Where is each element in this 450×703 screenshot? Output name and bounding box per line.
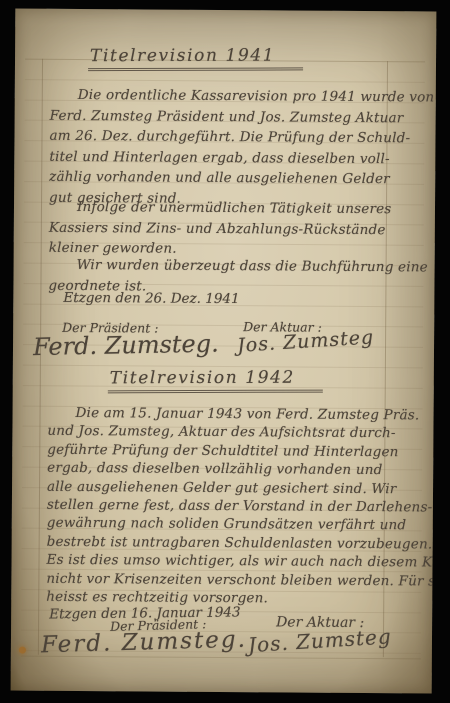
handwritten-line: Infolge der unermüdlichen Tätigkeit unse… <box>49 197 392 220</box>
section2-paragraph1: Die am 15. Januar 1943 von Ferd. Zumsteg… <box>46 404 436 609</box>
handwritten-line: Ferd. Zumsteg Präsident und Jos. Zumsteg… <box>50 105 435 128</box>
handwritten-line: Kassiers sind Zins- und Abzahlungs-Rücks… <box>49 217 392 240</box>
handwritten-line: Die ordentliche Kassarevision pro 1941 w… <box>50 85 435 108</box>
photo-background: { "colors":{ "background":"#040404", "pa… <box>0 0 450 703</box>
handwritten-line: am 26. Dez. durchgeführt. Die Prüfung de… <box>49 126 434 149</box>
document-page: Titelrevision 1941 Die ordentliche Kassa… <box>11 9 437 694</box>
handwritten-line: Es ist dies umso wichtiger, als wir auch… <box>46 551 436 572</box>
section1-paragraph1: Die ordentliche Kassarevision pro 1941 w… <box>49 85 434 211</box>
section1-dateline: Etzgen den 26. Dez. 1941 <box>63 290 239 307</box>
ink-stain <box>19 647 26 654</box>
section1-heading: Titelrevision 1941 <box>88 45 303 71</box>
handwritten-line: zählig vorhanden und alle ausgeliehenen … <box>49 167 434 190</box>
section1-paragraph2: Infolge der unermüdlichen Tätigkeit unse… <box>49 197 392 261</box>
handwritten-line: ergab, dass dieselben vollzählig vorhand… <box>47 459 436 480</box>
handwritten-line: Wir wurden überzeugt dass die Buchführun… <box>49 255 428 278</box>
section1-president-signature: Ferd. Zumsteg. <box>33 330 219 362</box>
handwritten-line: titel und Hinterlagen ergab, dass diesel… <box>49 147 434 170</box>
section2-heading: Titelrevision 1942 <box>108 368 323 394</box>
